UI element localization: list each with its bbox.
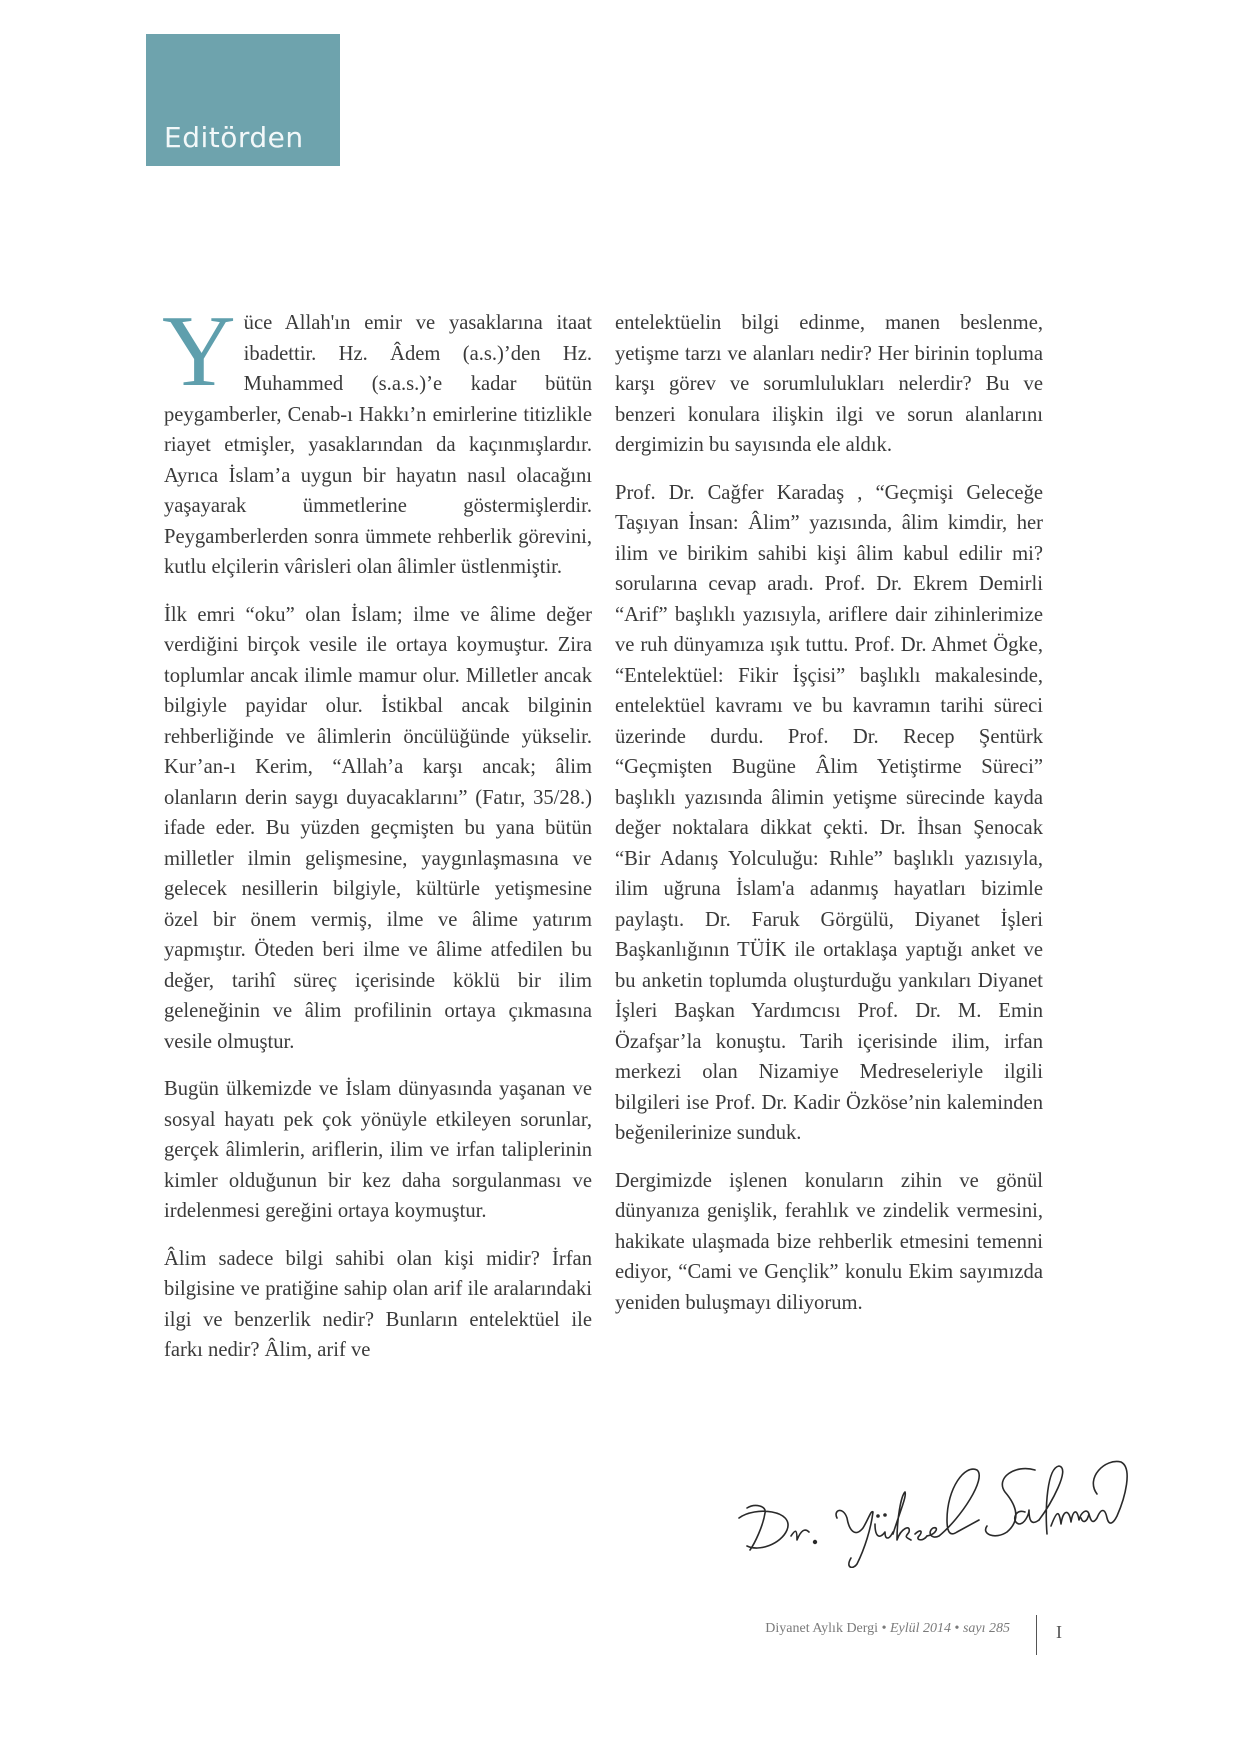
- article-paragraph: Bugün ülkemizde ve İslam dünyasında yaşa…: [164, 1074, 592, 1227]
- article-paragraph: Yüce Allah'ın emir ve yasaklarına itaat …: [164, 308, 592, 583]
- drop-cap: Y: [162, 312, 236, 396]
- footer-divider: [1036, 1615, 1037, 1655]
- article-paragraph: Âlim sadece bilgi sahibi olan kişi midir…: [164, 1244, 592, 1366]
- publication-name: Diyanet Aylık Dergi: [765, 1621, 878, 1636]
- article-paragraph: İlk emri “oku” olan İslam; ilme ve âlime…: [164, 600, 592, 1058]
- footer-publication-info: Diyanet Aylık Dergi • Eylül 2014 • sayı …: [765, 1621, 1010, 1637]
- article-column-right: entelektüelin bilgi edinme, manen beslen…: [615, 308, 1043, 1335]
- issue-number: sayı 285: [963, 1621, 1010, 1636]
- article-paragraph: Dergimizde işlenen konuların zihin ve gö…: [615, 1166, 1043, 1319]
- issue-date: Eylül 2014: [890, 1621, 951, 1636]
- article-column-left: Yüce Allah'ın emir ve yasaklarına itaat …: [164, 308, 592, 1383]
- signature-icon: [725, 1448, 1165, 1568]
- section-header-tab: Editörden: [146, 34, 340, 166]
- page-number: I: [1056, 1622, 1062, 1643]
- article-paragraph: Prof. Dr. Cağfer Karadaş , “Geçmişi Gele…: [615, 478, 1043, 1149]
- editor-signature: [725, 1448, 1165, 1568]
- article-paragraph: entelektüelin bilgi edinme, manen beslen…: [615, 308, 1043, 461]
- page-footer: Diyanet Aylık Dergi • Eylül 2014 • sayı …: [700, 1615, 1100, 1655]
- section-title: Editörden: [164, 121, 304, 154]
